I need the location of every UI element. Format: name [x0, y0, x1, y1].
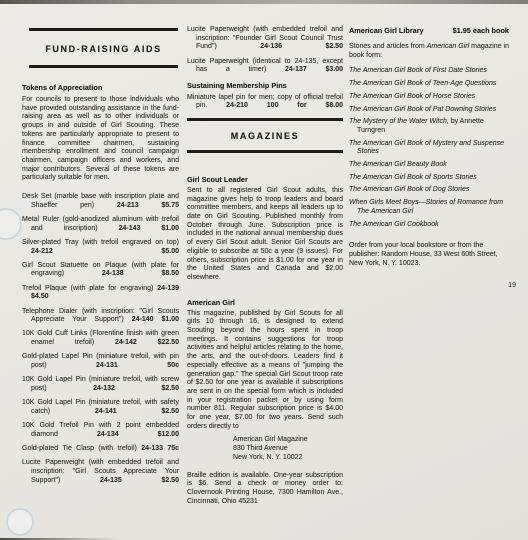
- book-title-text: The American Girl Cookbook: [349, 221, 439, 228]
- catalog-item-lucite-paperweight-founder: Lucite Paperweight (with embedded trefoi…: [187, 26, 343, 52]
- book-title-text: The American Girl Book of Dog Stories: [349, 186, 469, 193]
- item-price: $22.50: [158, 339, 179, 346]
- item-code: 24-143: [119, 225, 141, 232]
- punch-hole: [0, 208, 22, 240]
- girl-scout-leader-paragraph: Sent to all registered Girl Scout adults…: [187, 187, 343, 283]
- american-girl-library-heading: American Girl Library: [349, 26, 424, 35]
- sustaining-membership-pins-heading: Sustaining Membership Pins: [187, 81, 343, 90]
- book-title-text: The American Girl Book of Horse Stories: [349, 93, 475, 100]
- item-price: 100 for $8.00: [267, 102, 343, 109]
- catalog-item-sustaining-pin: Miniature lapel pin for men; copy of off…: [187, 94, 343, 111]
- item-code: 24-139: [157, 285, 179, 292]
- library-intro-text: Stories and articles from: [349, 43, 427, 50]
- catalog-item-trefoil-plaque: Trefoil Plaque (with plate for engraving…: [22, 285, 179, 302]
- book-title-text: The American Girl Book of First Date Sto…: [349, 67, 487, 74]
- item-description: Gold-plated Tie Clasp (with trefoil): [22, 445, 137, 452]
- catalog-item-statuette-plaque: Girl Scout Statuette on Plaque (with pla…: [22, 262, 179, 279]
- item-description: Lucite Paperweight (identical to 24-135,…: [187, 58, 343, 74]
- left-column: FUND-RAISING AIDS Tokens of Appreciation…: [22, 26, 179, 491]
- right-column: American Girl Library $1.95 each book St…: [349, 26, 509, 278]
- magazine-name-italic: American Girl: [427, 43, 469, 50]
- item-description: Girl Scout Statuette on Plaque (with pla…: [22, 262, 179, 278]
- item-price: $2.50: [161, 385, 179, 392]
- book-title-text: The American Girl Book of Pat Downing St…: [349, 106, 496, 113]
- library-intro: Stories and articles from American Girl …: [349, 43, 509, 60]
- book-title: The American Girl Book of Dog Stories: [349, 186, 509, 195]
- page-number: 19: [508, 282, 516, 289]
- item-code: 24-132: [93, 385, 115, 392]
- item-code: 24-213: [117, 202, 139, 209]
- magazine-address-block: American Girl Magazine 830 Third Avenue …: [187, 435, 343, 462]
- library-price-note: $1.95 each book: [453, 26, 509, 35]
- item-price: $1.00: [161, 225, 179, 232]
- item-code: 24-136: [260, 43, 282, 50]
- book-title-text: The American Girl Beauty Book: [349, 161, 447, 168]
- library-order-footer: Order from your local bookstore or from …: [349, 242, 509, 268]
- book-title: The American Girl Book of First Date Sto…: [349, 67, 509, 76]
- item-code: 24-137: [285, 66, 307, 73]
- item-price: 75c: [167, 445, 179, 452]
- book-title: The American Girl Book of Teen-Age Quest…: [349, 80, 509, 89]
- item-description: Desk Set (marble base with inscription p…: [22, 193, 179, 209]
- catalog-item-gold-lapel-pin-screw: 10K Gold Lapel Pin (miniature trefoil, w…: [22, 376, 179, 393]
- catalog-item-silver-tray: Silver-plated Tray (with trefoil engrave…: [22, 239, 179, 256]
- catalog-item-gold-lapel-pin-safety: 10K Gold Lapel Pin (miniature trefoil, w…: [22, 399, 179, 416]
- american-girl-library-heading-row: American Girl Library $1.95 each book: [349, 26, 509, 35]
- book-title: The American Girl Book of Mystery and Su…: [349, 140, 509, 157]
- book-title: The Mystery of the Water Witch, by Annet…: [349, 118, 509, 135]
- american-girl-paragraph: This magazine, published by Girl Scouts …: [187, 310, 343, 432]
- item-description: 10K Gold Cuff Links (Florentine finish w…: [22, 330, 179, 346]
- book-title-text: When Girls Meet Boys—Stories of Romance …: [349, 199, 503, 215]
- book-title-text: The American Girl Book of Sports Stories: [349, 174, 477, 181]
- catalog-item-telephone-dialer: Telephone Dialer (with inscription: "Gir…: [22, 308, 179, 325]
- item-price: 50c: [167, 362, 179, 369]
- book-title: The American Girl Book of Sports Stories: [349, 174, 509, 183]
- book-title: The American Girl Cookbook: [349, 221, 509, 230]
- item-price: $5.75: [161, 202, 179, 209]
- item-description: Telephone Dialer (with inscription: "Gir…: [22, 308, 179, 324]
- item-price: $8.50: [161, 270, 179, 277]
- tokens-of-appreciation-heading: Tokens of Appreciation: [22, 83, 179, 92]
- book-title-text: The American Girl Book of Mystery and Su…: [349, 140, 504, 156]
- item-code: 24-135: [100, 477, 122, 484]
- punch-hole: [6, 508, 34, 536]
- item-price: $4.50: [31, 293, 49, 300]
- item-price: $2.50: [161, 477, 179, 484]
- magazines-heading: MAGAZINES: [187, 118, 343, 153]
- book-title: The American Girl Book of Horse Stories: [349, 93, 509, 102]
- item-price: $1.00: [161, 316, 179, 323]
- item-code: 24-133: [141, 445, 163, 452]
- scan-edge-artifact: [0, 0, 528, 4]
- address-line: 830 Third Avenue: [233, 444, 343, 453]
- fund-raising-aids-heading: FUND-RAISING AIDS: [29, 28, 178, 68]
- catalog-item-lucite-paperweight-timer: Lucite Paperweight (identical to 24-135,…: [187, 58, 343, 75]
- american-girl-heading: American Girl: [187, 298, 343, 307]
- book-title-text: The American Girl Book of Teen-Age Quest…: [349, 80, 496, 87]
- item-price: $12.00: [158, 431, 179, 438]
- item-description: Silver-plated Tray (with trefoil engrave…: [22, 239, 179, 246]
- item-code: 24-140: [132, 316, 154, 323]
- item-price: $5.00: [161, 248, 179, 255]
- catalog-item-gold-plated-lapel-pin: Gold-plated Lapel Pin (miniature trefoil…: [22, 353, 179, 370]
- item-code: 24-134: [97, 431, 119, 438]
- address-line: New York, N. Y. 10022: [233, 453, 343, 462]
- item-code: 24-141: [95, 408, 117, 415]
- item-code: 24-212: [31, 248, 53, 255]
- book-title-text: The Mystery of the Water Witch,: [349, 118, 449, 125]
- catalog-item-tie-clasp: Gold-plated Tie Clasp (with trefoil) 24-…: [22, 445, 179, 454]
- item-price: $2.50: [325, 43, 343, 50]
- item-description: Metal Ruler (gold-anodized aluminum with…: [22, 216, 179, 232]
- book-title: When Girls Meet Boys—Stories of Romance …: [349, 199, 509, 216]
- scanned-catalog-page: FUND-RAISING AIDS Tokens of Appreciation…: [0, 0, 528, 540]
- catalog-item-gold-trefoil-pin: 10K Gold Trefoil Pin with 2 point embedd…: [22, 422, 179, 439]
- braille-edition-note: Braille edition is available. One-year s…: [187, 472, 343, 507]
- item-price: $2.50: [161, 408, 179, 415]
- catalog-item-lucite-paperweight-support: Lucite Paperweight (with embedded trefoi…: [22, 459, 179, 485]
- book-title: The American Girl Beauty Book: [349, 161, 509, 170]
- item-code: 24-210: [226, 102, 248, 109]
- item-code: 24-142: [115, 339, 137, 346]
- girl-scout-leader-heading: Girl Scout Leader: [187, 175, 343, 184]
- item-description: Trefoil Plaque (with plate for engraving…: [22, 285, 153, 292]
- catalog-item-desk-set: Desk Set (marble base with inscription p…: [22, 193, 179, 210]
- item-code: 24-138: [102, 270, 124, 277]
- book-title: The American Girl Book of Pat Downing St…: [349, 106, 509, 115]
- catalog-item-cuff-links: 10K Gold Cuff Links (Florentine finish w…: [22, 330, 179, 347]
- item-price: $3.00: [325, 66, 343, 73]
- address-line: American Girl Magazine: [233, 435, 343, 444]
- tokens-intro-paragraph: For councils to present to those individ…: [22, 96, 179, 183]
- middle-column: Lucite Paperweight (with embedded trefoi…: [187, 26, 343, 516]
- catalog-item-metal-ruler: Metal Ruler (gold-anodized aluminum with…: [22, 216, 179, 233]
- item-code: 24-131: [96, 362, 118, 369]
